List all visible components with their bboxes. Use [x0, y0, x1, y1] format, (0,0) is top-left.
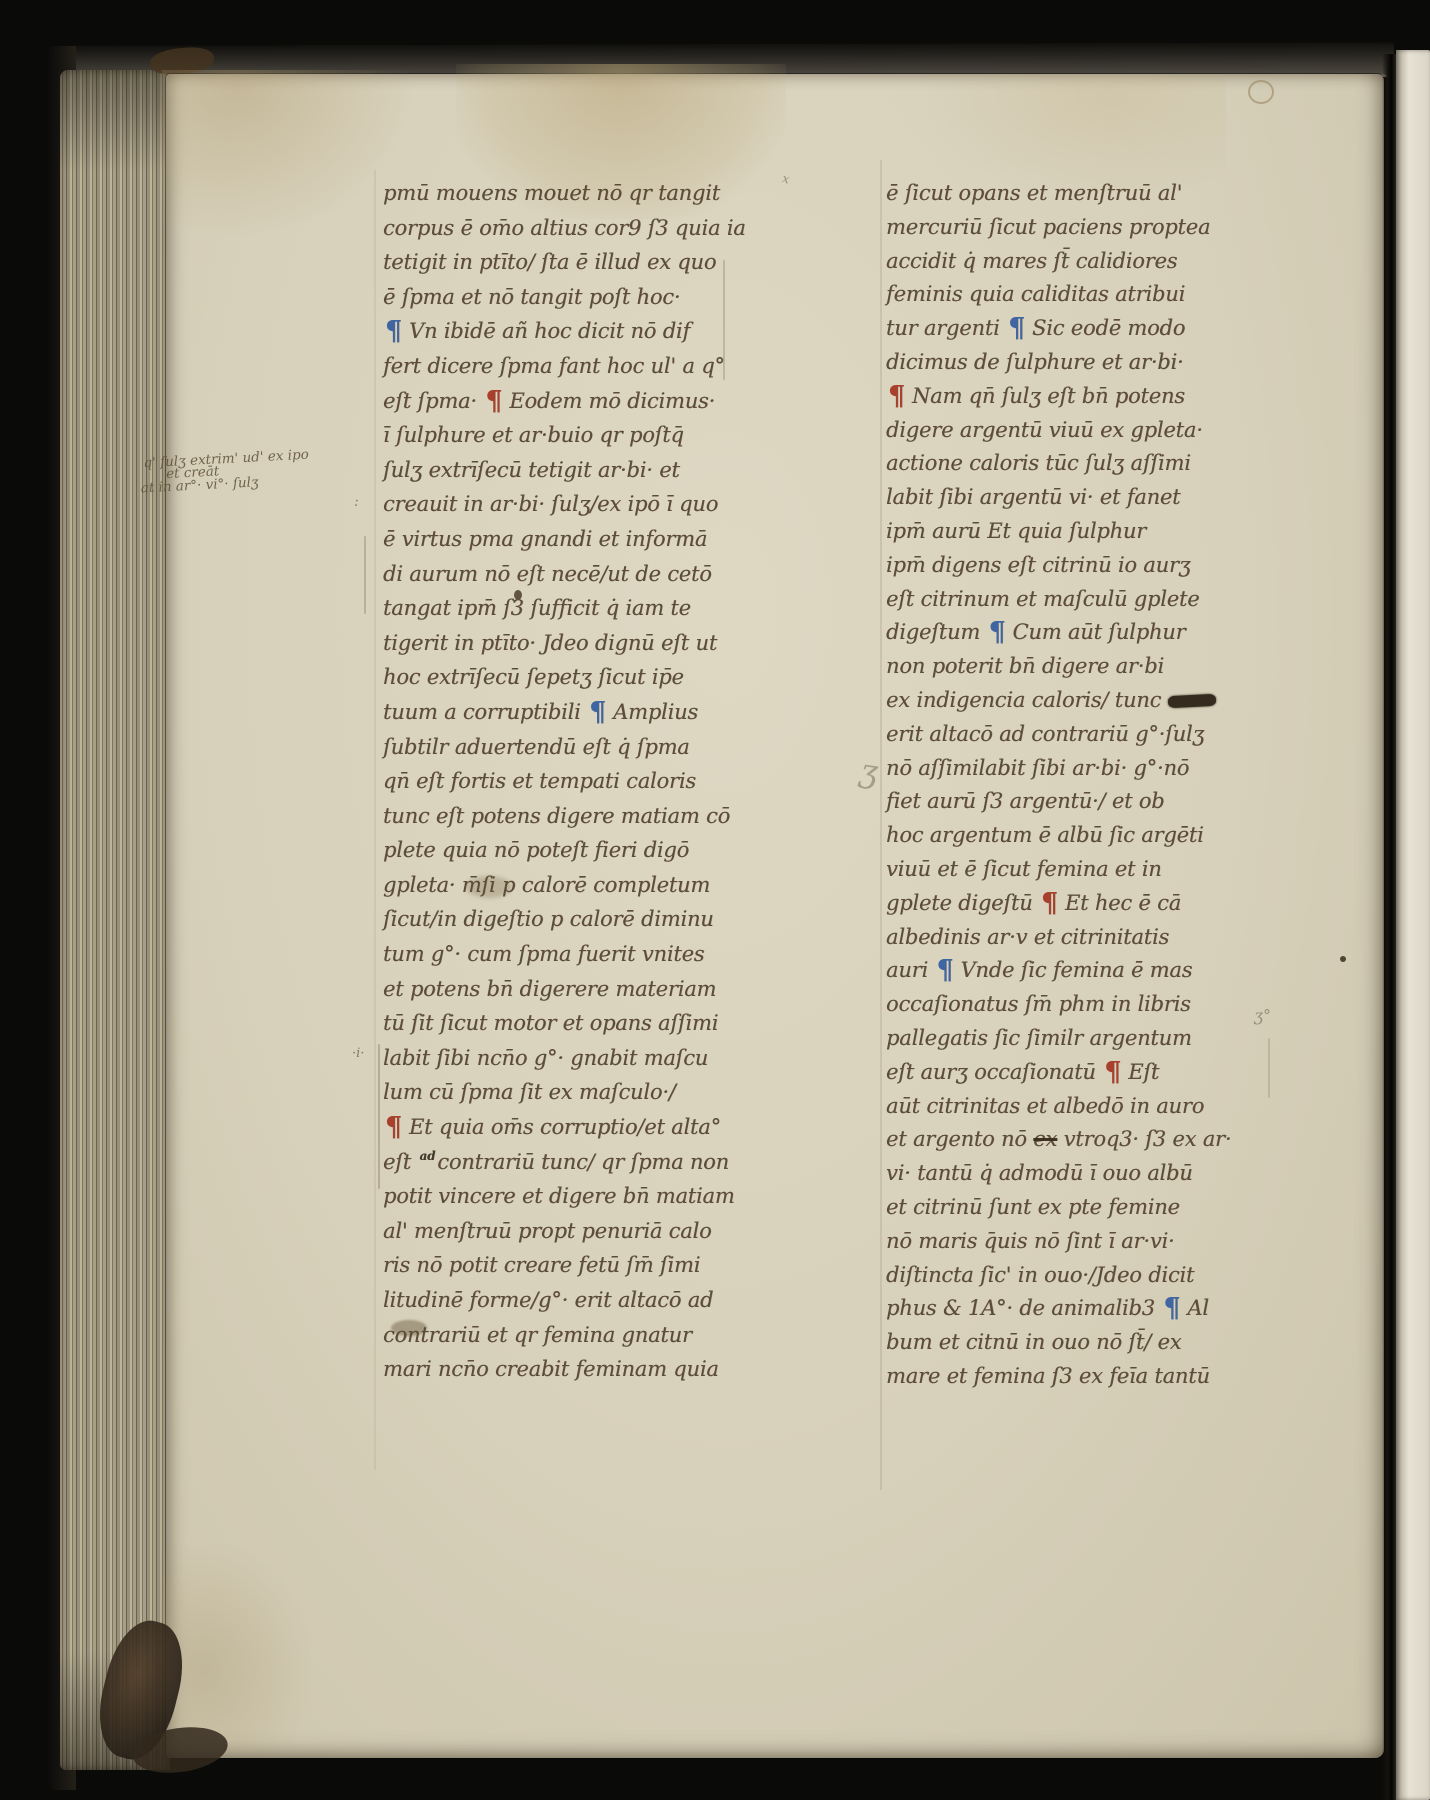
text-run: lum cū ſpma ſit ex maſculo·/ [383, 1080, 676, 1104]
facing-page-edge [1396, 50, 1430, 1800]
text-run: auri [886, 958, 934, 982]
manuscript-line: eſt adcontrariū tunc/ qr ſpma non [383, 1149, 745, 1184]
text-run: ſubtilr aduertendū eſt q̇ ſpma [383, 735, 690, 759]
manuscript-line: pmū mouens mouet nō qr tangit [383, 180, 745, 215]
text-run: Eodem mō dicimus· [509, 389, 715, 413]
ruling-line [374, 170, 376, 1470]
manuscript-line: tunc eſt potens digere matiam cō [383, 803, 745, 838]
text-run: actione caloris tūc ſulʒ aſſimi [886, 451, 1191, 475]
text-run: plete quia nō poteſt fieri digō [383, 838, 689, 862]
fly-speck [1340, 956, 1346, 962]
text-run: nō aſſimilabit ſibi ar·bi· g°·nō [886, 756, 1189, 780]
text-run: fert dicere ſpma fant hoc ul' a q° [383, 354, 725, 378]
manuscript-page: pmū mouens mouet nō qr tangitcorpus ē om… [166, 74, 1384, 1758]
struck-text: ex [1033, 1127, 1057, 1151]
manuscript-line: ¶Et quia om̄s corruptio/et alta° [383, 1114, 745, 1149]
manuscript-line: eſt aurʒ occaſionatū ¶Eſt [886, 1059, 1268, 1093]
text-run: ex indigencia caloris/ tunc [886, 688, 1168, 712]
text-run: ris nō potit creare fetū ſm̄ ſimi [383, 1253, 700, 1277]
text-run: potit vincere et digere bn̄ matiam [383, 1184, 735, 1208]
text-run: ipm̄ aurū Et quia ſulphur [886, 519, 1146, 543]
manuscript-line: tigerit in ptīto· Jdeo dignū eſt ut [383, 630, 745, 665]
manuscript-line: tum g°· cum ſpma fuerit vnites [383, 941, 745, 976]
text-run: pmū mouens mouet nō qr tangit [383, 181, 720, 205]
text-run: labit ſibi ncn̄o g°· gnabit maſcu [383, 1046, 708, 1070]
manuscript-line: di aurum nō eſt necē/ut de cetō [383, 561, 745, 596]
manuscript-line: occaſionatus ſm̄ phm in libris [886, 991, 1268, 1025]
text-run: hoc argentum ē albū ſic argēti [886, 823, 1204, 847]
text-run: diſtincta ſic' in ouo·/Jdeo dicit [886, 1263, 1194, 1287]
manuscript-line: non poterit bn̄ digere ar·bi [886, 653, 1268, 687]
text-run: Nam qn̄ ſulʒ eſt bn̄ potens [912, 384, 1185, 408]
text-run: gplete digeſtū [886, 891, 1039, 915]
manuscript-line: bum et citnū in ouo nō ſt̄/ ex [886, 1329, 1268, 1363]
margin-stroke [723, 260, 725, 380]
text-run: hoc extrīſecū ſepetʒ ſicut ip̄e [383, 665, 684, 689]
text-run: al' menſtruū propt penuriā calo [383, 1219, 712, 1243]
text-run: qn̄ eſt fortis et tempati caloris [383, 769, 696, 793]
text-run: gpleta· m̄ſi p calorē completum [383, 873, 710, 897]
text-run: tū ſit ſicut motor et opans aſſimi [383, 1011, 718, 1035]
text-run: ſulʒ extrīſecū tetigit ar·bi· et [383, 458, 680, 482]
text-run: creauit in ar·bi· ſulʒ/ex ipō ī quo [383, 492, 718, 516]
manuscript-line: ē ſicut opans et menſtruū al' [886, 180, 1268, 214]
text-run: Cum aūt ſulphur [1013, 620, 1186, 644]
manuscript-line: auri ¶Vnde ſic femina ē mas [886, 957, 1268, 991]
manuscript-line: qn̄ eſt fortis et tempati caloris [383, 768, 745, 803]
manuscript-line: diſtincta ſic' in ouo·/Jdeo dicit [886, 1262, 1268, 1296]
margin-mark: ʒ [857, 751, 880, 791]
manuscript-line: contrariū et qr femina gnatur [383, 1322, 745, 1357]
manuscript-line: pallegatis ſic ſimilr argentum [886, 1025, 1268, 1059]
manuscript-line: phus & 1A°· de animalib3 ¶Al [886, 1295, 1268, 1329]
text-run: vtroq3· ſ3 ex ar· [1057, 1127, 1231, 1151]
manuscript-line: gpleta· m̄ſi p calorē completum [383, 872, 745, 907]
manuscript-line: eſt citrinum et maſculū gplete [886, 586, 1268, 620]
page-crease [880, 160, 882, 1490]
text-run: albedinis ar·v et citrinitatis [886, 925, 1169, 949]
photo-backdrop: pmū mouens mouet nō qr tangitcorpus ē om… [0, 0, 1430, 1800]
text-column-left: pmū mouens mouet nō qr tangitcorpus ē om… [383, 180, 745, 1391]
manuscript-line: et potens bn̄ digerere materiam [383, 976, 745, 1011]
text-run: tum g°· cum ſpma fuerit vnites [383, 942, 704, 966]
text-run: aūt citrinitas et albedō in auro [886, 1094, 1204, 1118]
manuscript-line: aūt citrinitas et albedō in auro [886, 1093, 1268, 1127]
manuscript-line: albedinis ar·v et citrinitatis [886, 924, 1268, 958]
margin-mark: : [354, 494, 359, 510]
page-edges-stack [60, 70, 170, 1770]
manuscript-line: eſt ſpma· ¶Eodem mō dicimus· [383, 388, 745, 423]
margin-stroke [364, 536, 366, 614]
manuscript-line: plete quia nō poteſt fieri digō [383, 837, 745, 872]
manuscript-line: accidit q̇ mares ſt̄ calidiores [886, 248, 1268, 282]
text-run: ē ſpma et nō tangit poſt hoc· [383, 285, 680, 309]
text-run: tur argenti [886, 316, 1006, 340]
manuscript-line: ſubtilr aduertendū eſt q̇ ſpma [383, 734, 745, 769]
manuscript-line: lum cū ſpma ſit ex maſculo·/ [383, 1079, 745, 1114]
manuscript-line: labit ſibi argentū vi· et fanet [886, 484, 1268, 518]
text-run: tunc eſt potens digere matiam cō [383, 804, 730, 828]
text-run: Vn ibidē añ hoc dicit nō dif [409, 319, 690, 343]
manuscript-line: ¶Nam qn̄ ſulʒ eſt bn̄ potens [886, 383, 1268, 417]
text-run: litudinē forme/g°· erit altacō ad [383, 1288, 713, 1312]
text-run: ſicut/in digeſtio p calorē diminu [383, 907, 714, 931]
manuscript-line: mare et femina ſ3 ex feīa tantū [886, 1363, 1268, 1397]
text-run: et argento nō [886, 1127, 1033, 1151]
manuscript-line: potit vincere et digere bn̄ matiam [383, 1183, 745, 1218]
text-run: digere argentū viuū ex gpleta· [886, 418, 1203, 442]
text-run: ī ſulphure et ar·buio qr poſtq̄ [383, 423, 684, 447]
manuscript-line: hoc extrīſecū ſepetʒ ſicut ip̄e [383, 664, 745, 699]
text-run: eſt [383, 1150, 418, 1174]
text-run: tigerit in ptīto· Jdeo dignū eſt ut [383, 631, 717, 655]
manuscript-line: gplete digeſtū ¶Et hec ē cā [886, 890, 1268, 924]
text-run: tuum a corruptibili [383, 700, 587, 724]
text-run: feminis quia caliditas atribui [886, 282, 1185, 306]
text-run: non poterit bn̄ digere ar·bi [886, 654, 1164, 678]
text-run: Et hec ē cā [1065, 891, 1181, 915]
manuscript-line: creauit in ar·bi· ſulʒ/ex ipō ī quo [383, 491, 745, 526]
marginal-annotation: q' ſulʒ extrim' ud' ex ipoet creātat in … [143, 444, 385, 496]
text-run: phus & 1A°· de animalib3 [886, 1296, 1161, 1320]
manuscript-line: labit ſibi ncn̄o g°· gnabit maſcu [383, 1045, 745, 1080]
margin-mark: ·i· [352, 1046, 364, 1061]
text-run: ipm̄ digens eſt citrinū io aurʒ [886, 553, 1190, 577]
text-run: Eſt [1128, 1060, 1159, 1084]
text-run: et citrinū ſunt ex pte femine [886, 1195, 1180, 1219]
manuscript-line: ē ſpma et nō tangit poſt hoc· [383, 284, 745, 319]
text-run: labit ſibi argentū vi· et fanet [886, 485, 1180, 509]
manuscript-line: nō aſſimilabit ſibi ar·bi· g°·nō [886, 755, 1268, 789]
text-run: bum et citnū in ouo nō ſt̄/ ex [886, 1330, 1181, 1354]
text-run: eſt ſpma· [383, 389, 483, 413]
manuscript-line: ī ſulphure et ar·buio qr poſtq̄ [383, 422, 745, 457]
manuscript-line: tur argenti ¶Sic eodē modo [886, 315, 1268, 349]
stain-bottom-left [160, 1544, 310, 1754]
manuscript-line: et argento nō ex vtroq3· ſ3 ex ar· [886, 1126, 1268, 1160]
manuscript-line: nō maris q̄uis nō ſint ī ar·vi· [886, 1228, 1268, 1262]
manuscript-line: feminis quia caliditas atribui [886, 281, 1268, 315]
manuscript-line: tetigit in ptīto/ ſta ē illud ex quo [383, 249, 745, 284]
interlinear-insertion: ad [420, 1149, 436, 1163]
manuscript-line: ris nō potit creare fetū ſm̄ ſimi [383, 1252, 745, 1287]
text-run: Et quia om̄s corruptio/et alta° [409, 1115, 721, 1139]
manuscript-line: litudinē forme/g°· erit altacō ad [383, 1287, 745, 1322]
text-run: vi· tantū q̇ admodū ī ouo albū [886, 1161, 1193, 1185]
manuscript-line: mari ncn̄o creabit feminam quia [383, 1356, 745, 1391]
text-run: eſt aurʒ occaſionatū [886, 1060, 1102, 1084]
text-run: Al [1187, 1296, 1208, 1320]
text-run: occaſionatus ſm̄ phm in libris [886, 992, 1191, 1016]
text-run: mari ncn̄o creabit feminam quia [383, 1357, 719, 1381]
manuscript-line: ipm̄ aurū Et quia ſulphur [886, 518, 1268, 552]
text-run: di aurum nō eſt necē/ut de cetō [383, 562, 712, 586]
text-run: viuū et ē ſicut femina et in [886, 857, 1162, 881]
text-run: ē ſicut opans et menſtruū al' [886, 181, 1182, 205]
text-run: digeſtum [886, 620, 987, 644]
water-stain-top-right [926, 74, 1226, 194]
text-run: tetigit in ptīto/ ſta ē illud ex quo [383, 250, 716, 274]
text-run: Sic eodē modo [1032, 316, 1185, 340]
manuscript-line: fert dicere ſpma fant hoc ul' a q° [383, 353, 745, 388]
ring-stain [1248, 80, 1274, 104]
manuscript-line: tangat ipm̄ ſ3 ſufficit q̇ iam te [383, 595, 745, 630]
manuscript-line: ex indigencia caloris/ tunc [886, 687, 1268, 721]
ink-blot-deletion [1167, 694, 1216, 708]
manuscript-line: ſicut/in digeſtio p calorē diminu [383, 906, 745, 941]
manuscript-line: mercuriū ſicut paciens proptea [886, 214, 1268, 248]
manuscript-line: tuum a corruptibili ¶Amplius [383, 699, 745, 734]
text-run: contrariū et qr femina gnatur [383, 1323, 692, 1347]
text-run: eſt citrinum et maſculū gplete [886, 587, 1199, 611]
manuscript-line: viuū et ē ſicut femina et in [886, 856, 1268, 890]
text-run: et potens bn̄ digerere materiam [383, 977, 716, 1001]
text-column-right: ē ſicut opans et menſtruū al'mercuriū ſi… [886, 180, 1268, 1397]
manuscript-line: hoc argentum ē albū ſic argēti [886, 822, 1268, 856]
text-run: Amplius [613, 700, 698, 724]
text-run: corpus ē om̄o altius cor9 ſ3 quia ia [383, 216, 746, 240]
manuscript-line: tū ſit ſicut motor et opans aſſimi [383, 1010, 745, 1045]
text-run: pallegatis ſic ſimilr argentum [886, 1026, 1192, 1050]
text-run: ē virtus pma gnandi et informā [383, 527, 707, 551]
text-run: dicimus de ſulphure et ar·bi· [886, 350, 1184, 374]
manuscript-line: actione caloris tūc ſulʒ aſſimi [886, 450, 1268, 484]
text-run: fiet aurū ſ3 argentū·/ et ob [886, 789, 1165, 813]
text-run: tangat ipm̄ ſ3 ſufficit q̇ iam te [383, 596, 691, 620]
manuscript-line: erit altacō ad contrariū g°·ſulʒ [886, 721, 1268, 755]
text-run: contrariū tunc/ qr ſpma non [437, 1150, 729, 1174]
text-run: Vnde ſic femina ē mas [960, 958, 1192, 982]
manuscript-line: ¶Vn ibidē añ hoc dicit nō dif [383, 318, 745, 353]
margin-mark: ʒ° [1254, 1006, 1271, 1025]
text-run: erit altacō ad contrariū g°·ſulʒ [886, 722, 1204, 746]
margin-stroke [1268, 1038, 1270, 1098]
text-run: mercuriū ſicut paciens proptea [886, 215, 1210, 239]
margin-mark: x [781, 171, 791, 187]
manuscript-line: dicimus de ſulphure et ar·bi· [886, 349, 1268, 383]
text-run: nō maris q̄uis nō ſint ī ar·vi· [886, 1229, 1174, 1253]
manuscript-line: digeſtum ¶Cum aūt ſulphur [886, 619, 1268, 653]
manuscript-line: al' menſtruū propt penuriā calo [383, 1218, 745, 1253]
manuscript-line: ē virtus pma gnandi et informā [383, 526, 745, 561]
manuscript-line: fiet aurū ſ3 argentū·/ et ob [886, 788, 1268, 822]
manuscript-line: ſulʒ extrīſecū tetigit ar·bi· et [383, 457, 745, 492]
margin-stroke [378, 1044, 380, 1189]
manuscript-line: corpus ē om̄o altius cor9 ſ3 quia ia [383, 215, 745, 250]
manuscript-line: digere argentū viuū ex gpleta· [886, 417, 1268, 451]
manuscript-line: ipm̄ digens eſt citrinū io aurʒ [886, 552, 1268, 586]
manuscript-line: et citrinū ſunt ex pte femine [886, 1194, 1268, 1228]
text-run: accidit q̇ mares ſt̄ calidiores [886, 249, 1177, 273]
manuscript-line: vi· tantū q̇ admodū ī ouo albū [886, 1160, 1268, 1194]
text-run: mare et femina ſ3 ex feīa tantū [886, 1364, 1210, 1388]
